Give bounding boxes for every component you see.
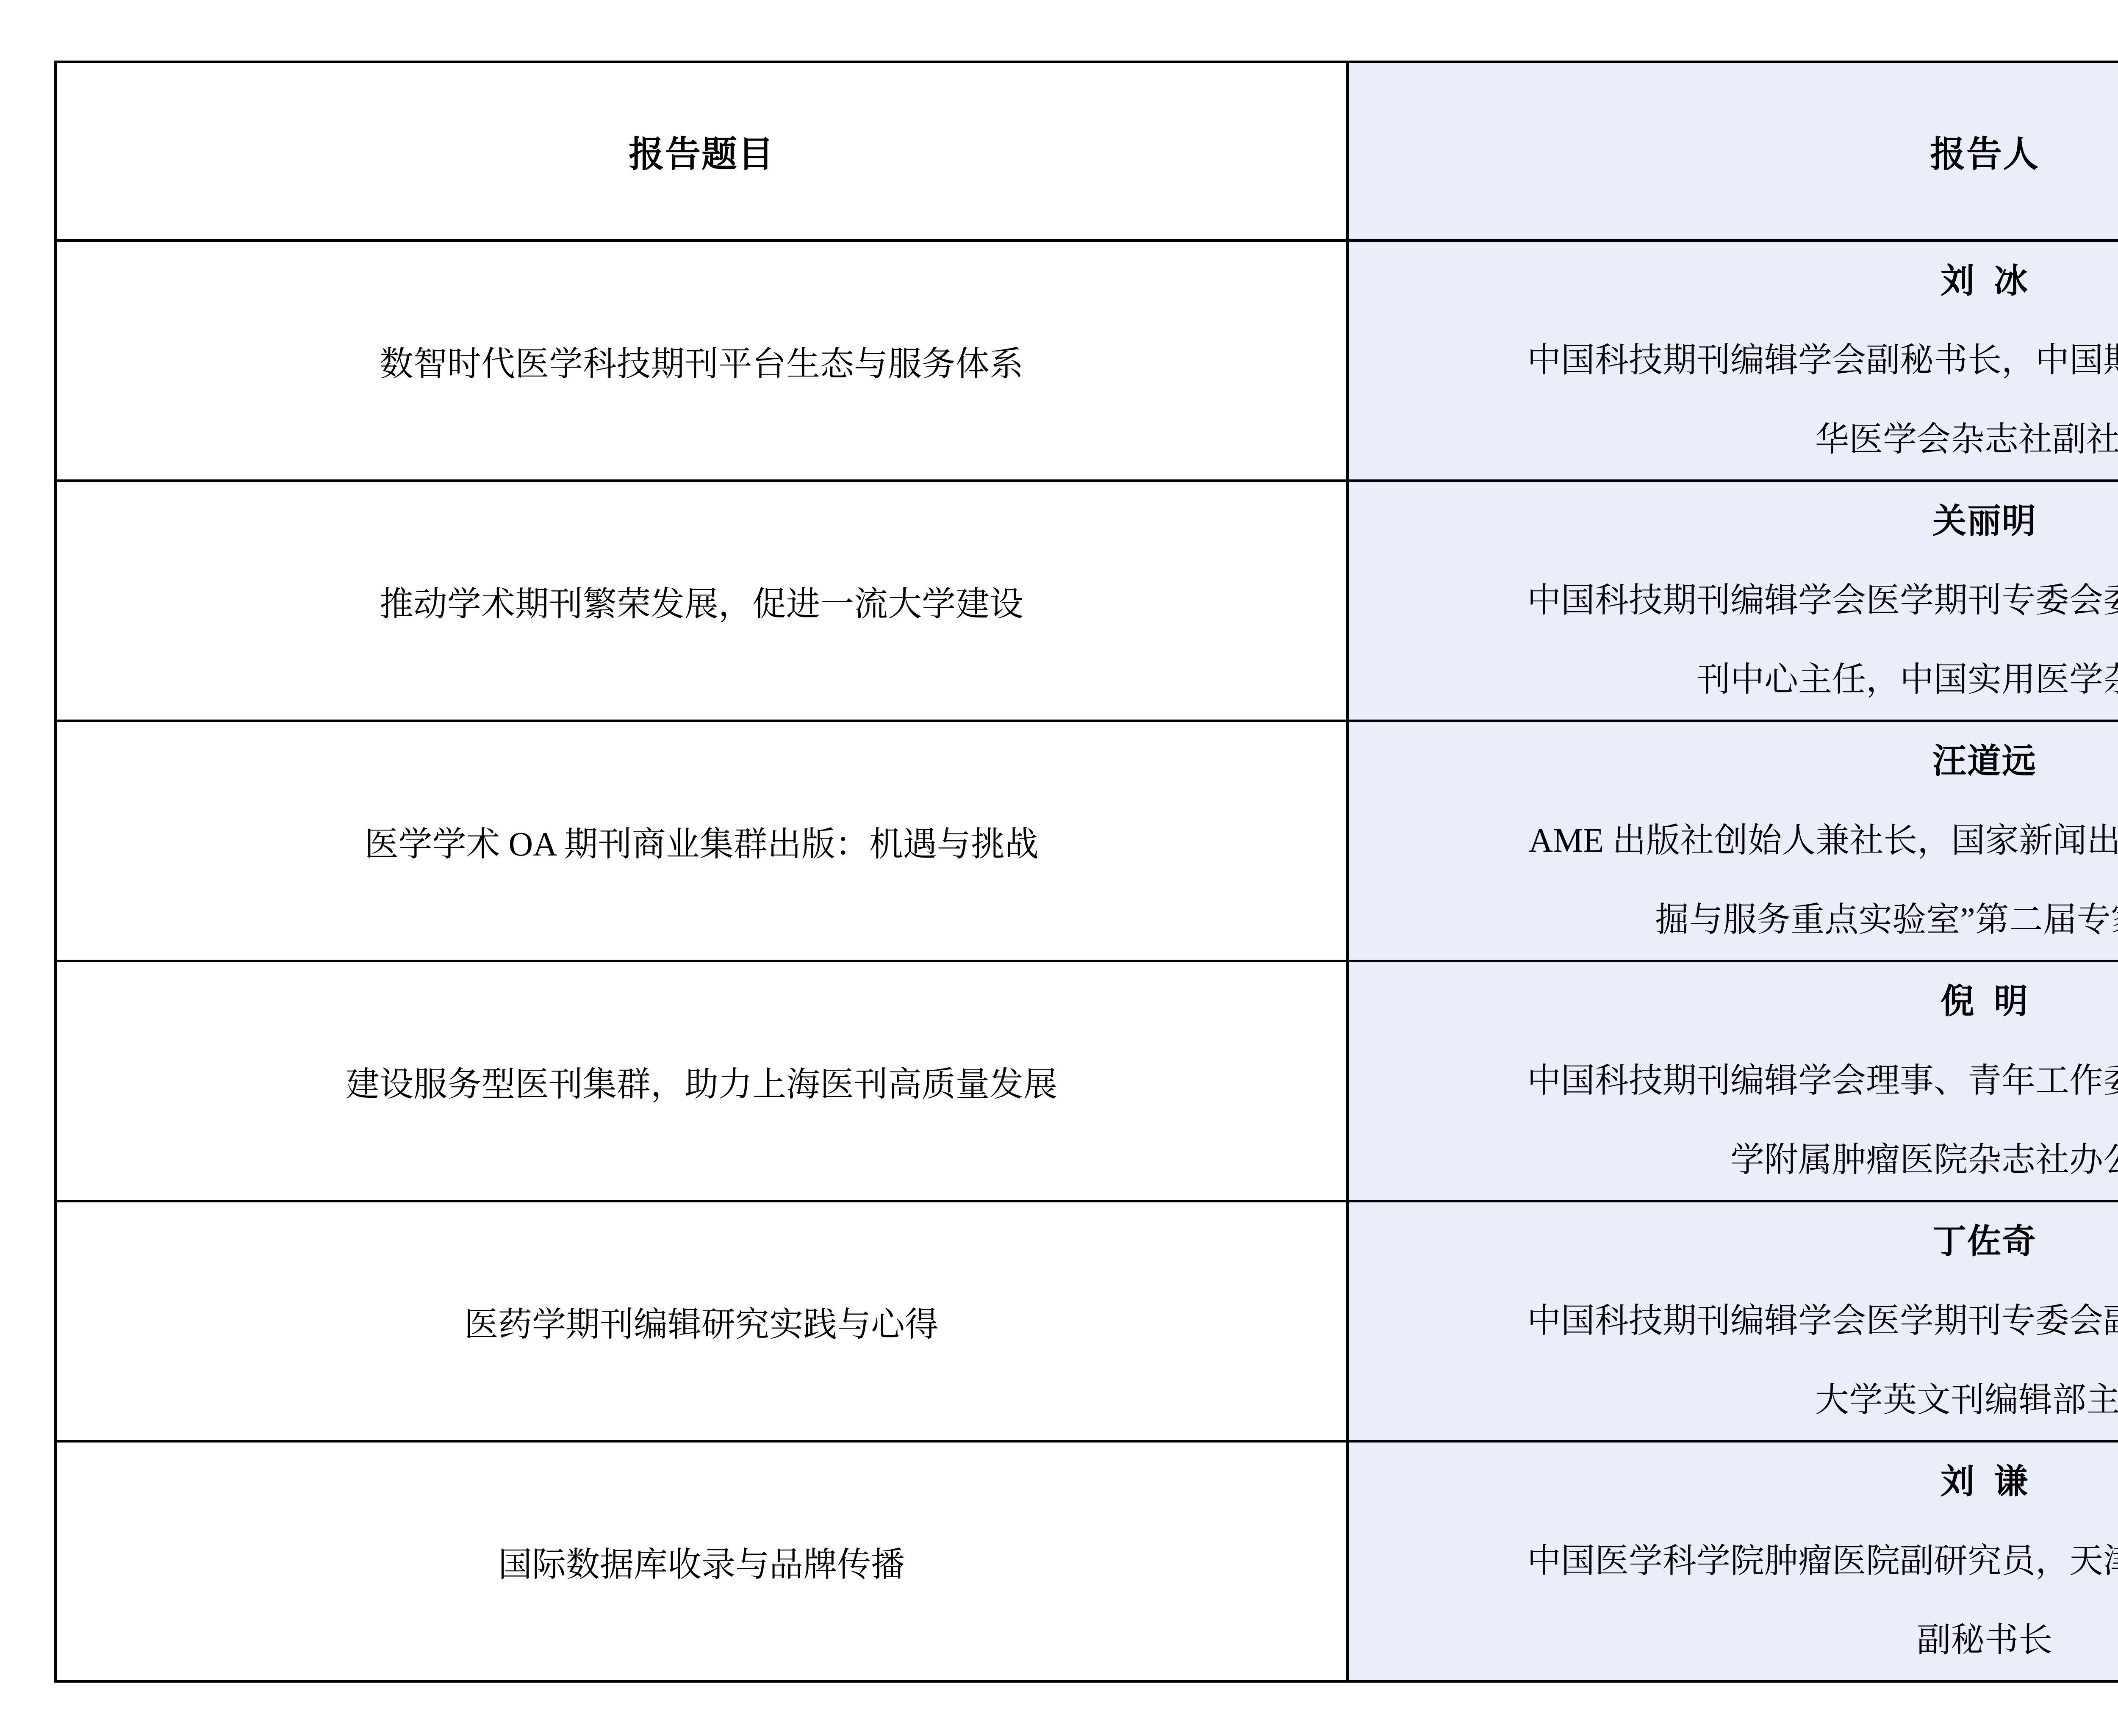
speaker-desc-line: 中国科技期刊编辑学会副秘书长，中国期刊协会常务理事，中: [1349, 321, 2118, 400]
speaker-name: 刘 谦: [1349, 1443, 2118, 1522]
table-row: 医学学术 OA 期刊商业集群出版：机遇与挑战 汪道远 AME 出版社创始人兼社长…: [55, 721, 2118, 961]
table-row: 国际数据库收录与品牌传播 刘 谦 中国医学科学院肿瘤医院副研究员，天津血液与再生…: [55, 1441, 2118, 1681]
table-row: 建设服务型医刊集群，助力上海医刊高质量发展 倪 明 中国科技期刊编辑学会理事、青…: [55, 961, 2118, 1201]
table-row: 数智时代医学科技期刊平台生态与服务体系 刘 冰 中国科技期刊编辑学会副秘书长，中…: [55, 241, 2118, 481]
speaker-desc-line: 中国科技期刊编辑学会医学期刊专委会副主任委员，中国药科: [1349, 1282, 2118, 1361]
table-row: 医药学期刊编辑研究实践与心得 丁佐奇 中国科技期刊编辑学会医学期刊专委会副主任委…: [55, 1201, 2118, 1441]
report-title: 国际数据库收录与品牌传播: [57, 1537, 1346, 1586]
speaker-name: 倪 明: [1349, 962, 2118, 1041]
report-title: 推动学术期刊繁荣发展，促进一流大学建设: [57, 576, 1346, 625]
report-title-cell: 数智时代医学科技期刊平台生态与服务体系: [55, 241, 1347, 481]
speaker-desc-line: 学附属肿瘤医院杂志社办公室主任: [1349, 1121, 2118, 1200]
speaker-name: 汪道远: [1349, 722, 2118, 801]
report-title-cell: 医药学期刊编辑研究实践与心得: [55, 1201, 1347, 1441]
report-title-cell: 建设服务型医刊集群，助力上海医刊高质量发展: [55, 961, 1347, 1201]
report-title: 医药学期刊编辑研究实践与心得: [57, 1297, 1346, 1346]
table-row: 推动学术期刊繁荣发展，促进一流大学建设 关丽明 中国科技期刊编辑学会医学期刊专委…: [55, 481, 2118, 721]
speaker-desc-line: 中国科技期刊编辑学会理事、青年工作委员会副主任，复旦大: [1349, 1041, 2118, 1121]
speaker-cell: 倪 明 中国科技期刊编辑学会理事、青年工作委员会副主任，复旦大 学附属肿瘤医院杂…: [1347, 961, 2118, 1201]
speaker-name: 刘 冰: [1349, 242, 2118, 321]
report-title-cell: 推动学术期刊繁荣发展，促进一流大学建设: [55, 481, 1347, 721]
report-program-table: 报告题目 报告人 数智时代医学科技期刊平台生态与服务体系 刘 冰 中国科技期刊编…: [54, 61, 2118, 1683]
speaker-desc-line: 副秘书长: [1349, 1601, 2118, 1680]
speaker-cell: 刘 谦 中国医学科学院肿瘤医院副研究员，天津血液与再生医学学会 副秘书长: [1347, 1441, 2118, 1681]
speaker-cell: 刘 冰 中国科技期刊编辑学会副秘书长，中国期刊协会常务理事，中 华医学会杂志社副…: [1347, 241, 2118, 481]
speaker-desc-line: 中国科技期刊编辑学会医学期刊专委会委员，中国医科大学期: [1349, 561, 2118, 640]
report-title-cell: 国际数据库收录与品牌传播: [55, 1441, 1347, 1681]
report-title-cell: 医学学术 OA 期刊商业集群出版：机遇与挑战: [55, 721, 1347, 961]
speaker-desc-line: AME 出版社创始人兼社长，国家新闻出版署“医学期刊知识挖: [1349, 801, 2118, 880]
speaker-cell: 关丽明 中国科技期刊编辑学会医学期刊专委会委员，中国医科大学期 刊中心主任，中国…: [1347, 481, 2118, 721]
speaker-name: 关丽明: [1349, 482, 2118, 561]
report-title: 建设服务型医刊集群，助力上海医刊高质量发展: [57, 1057, 1346, 1105]
speaker-name: 丁佐奇: [1349, 1202, 2118, 1282]
report-title: 医学学术 OA 期刊商业集群出版：机遇与挑战: [57, 817, 1346, 865]
speaker-cell: 汪道远 AME 出版社创始人兼社长，国家新闻出版署“医学期刊知识挖 掘与服务重点…: [1347, 721, 2118, 961]
table-header-row: 报告题目 报告人: [55, 62, 2118, 241]
speaker-cell: 丁佐奇 中国科技期刊编辑学会医学期刊专委会副主任委员，中国药科 大学英文刊编辑部…: [1347, 1201, 2118, 1441]
column-header-speaker: 报告人: [1347, 62, 2118, 241]
speaker-desc-line: 刊中心主任，中国实用医学杂志社社长: [1349, 640, 2118, 720]
speaker-desc-line: 大学英文刊编辑部主任: [1349, 1361, 2118, 1440]
speaker-desc-line: 掘与服务重点实验室”第二届专家委员会委员: [1349, 880, 2118, 960]
report-title: 数智时代医学科技期刊平台生态与服务体系: [57, 336, 1346, 385]
column-header-report-title: 报告题目: [55, 62, 1347, 241]
speaker-desc-line: 华医学会杂志社副社长: [1349, 400, 2118, 479]
speaker-desc-line: 中国医学科学院肿瘤医院副研究员，天津血液与再生医学学会: [1349, 1522, 2118, 1601]
